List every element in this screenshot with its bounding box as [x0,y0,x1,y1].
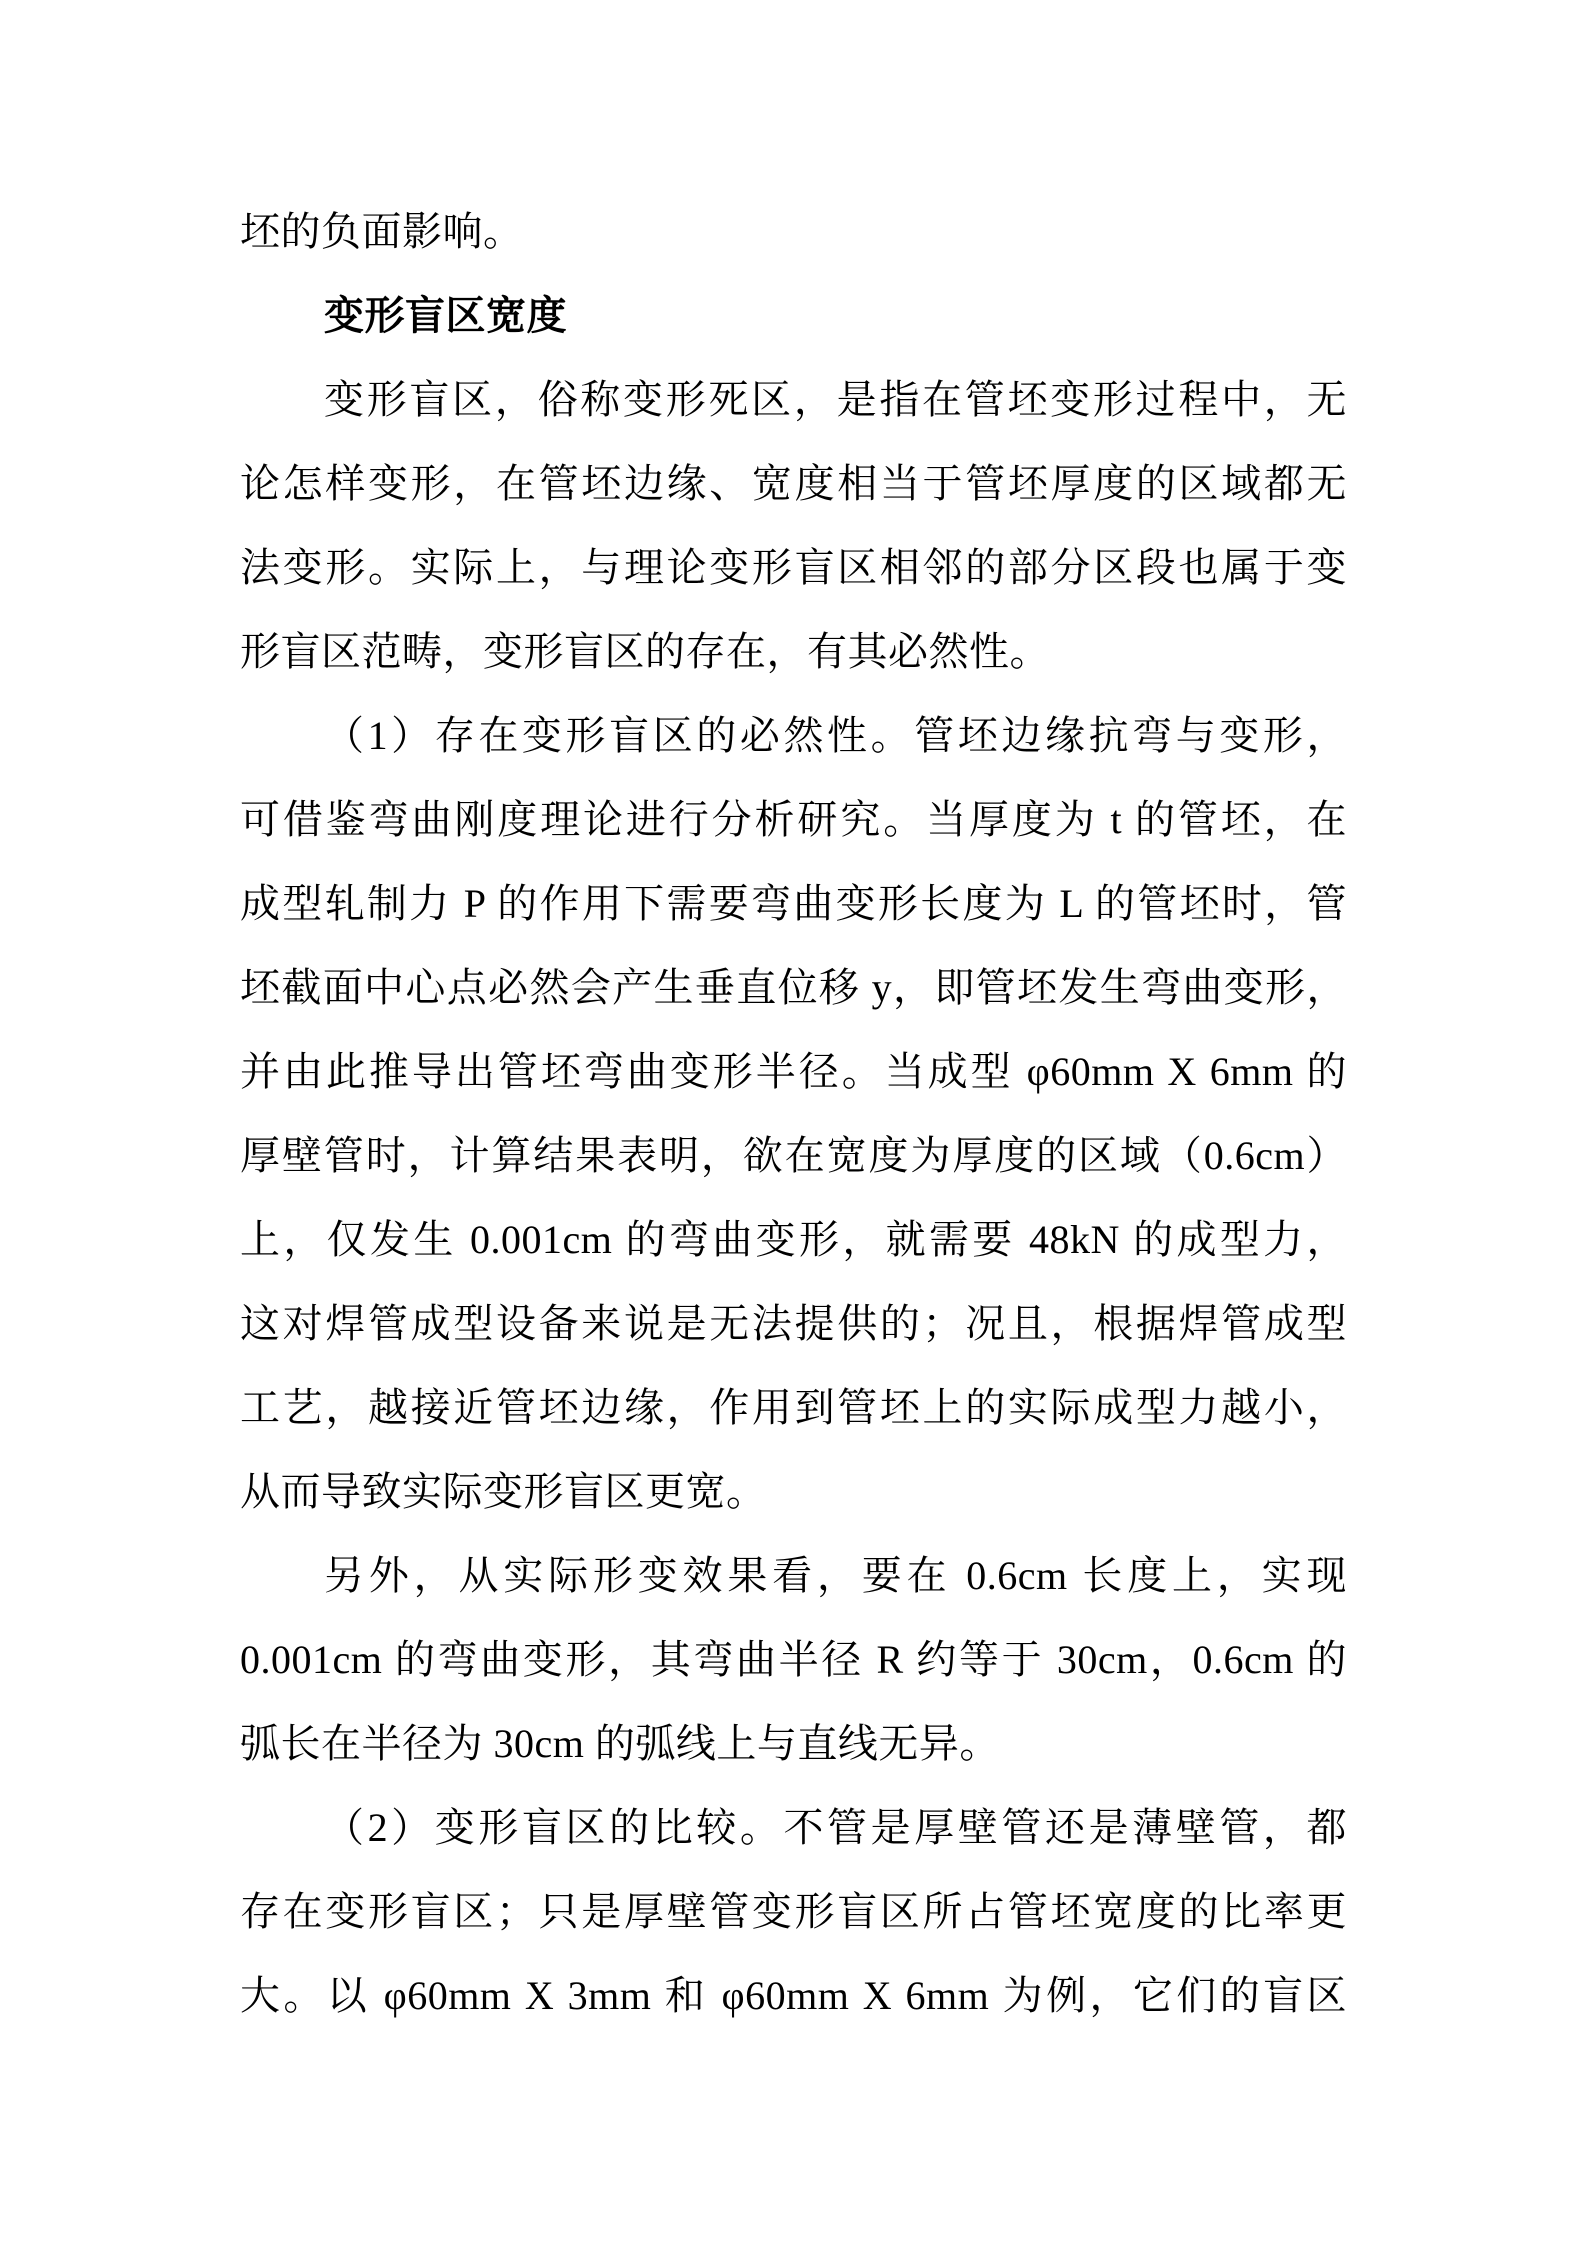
document-page: 坯的负面影响。变形盲区宽度变形盲区，俗称变形死区，是指在管坯变形过程中，无论怎样… [0,0,1587,2245]
text-line: 大。以 φ60mm X 3mm 和 φ60mm X 6mm 为例，它们的盲区 [240,1954,1347,2038]
text-line: 论怎样变形，在管坯边缘、宽度相当于管坯厚度的区域都无 [240,442,1347,526]
text-line: 存在变形盲区；只是厚壁管变形盲区所占管坯宽度的比率更 [240,1870,1347,1954]
text-line: 另外，从实际形变效果看，要在 0.6cm 长度上，实现 [240,1534,1347,1618]
text-line: 形盲区范畴，变形盲区的存在，有其必然性。 [240,610,1347,694]
text-line: 0.001cm 的弯曲变形，其弯曲半径 R 约等于 30cm，0.6cm 的 [240,1618,1347,1702]
text-line: 坯截面中心点必然会产生垂直位移 y，即管坯发生弯曲变形， [240,946,1347,1030]
text-line: 变形盲区，俗称变形死区，是指在管坯变形过程中，无 [240,358,1347,442]
text-line: （2）变形盲区的比较。不管是厚壁管还是薄壁管，都 [240,1786,1347,1870]
text-line: 法变形。实际上，与理论变形盲区相邻的部分区段也属于变 [240,526,1347,610]
text-line: 这对焊管成型设备来说是无法提供的；况且，根据焊管成型 [240,1282,1347,1366]
text-line: 上，仅发生 0.001cm 的弯曲变形，就需要 48kN 的成型力， [240,1198,1347,1282]
text-line: （1）存在变形盲区的必然性。管坯边缘抗弯与变形， [240,694,1347,778]
text-line: 并由此推导出管坯弯曲变形半径。当成型 φ60mm X 6mm 的 [240,1030,1347,1114]
text-line: 成型轧制力 P 的作用下需要弯曲变形长度为 L 的管坯时，管 [240,862,1347,946]
section-heading: 变形盲区宽度 [240,274,1347,358]
text-line: 可借鉴弯曲刚度理论进行分析研究。当厚度为 t 的管坯，在 [240,778,1347,862]
text-line: 厚壁管时，计算结果表明，欲在宽度为厚度的区域（0.6cm） [240,1114,1347,1198]
text-line: 从而导致实际变形盲区更宽。 [240,1450,1347,1534]
text-line: 弧长在半径为 30cm 的弧线上与直线无异。 [240,1702,1347,1786]
text-line: 工艺，越接近管坯边缘，作用到管坯上的实际成型力越小， [240,1366,1347,1450]
text-line: 坯的负面影响。 [240,190,1347,274]
document-text-block: 坯的负面影响。变形盲区宽度变形盲区，俗称变形死区，是指在管坯变形过程中，无论怎样… [240,190,1347,2038]
